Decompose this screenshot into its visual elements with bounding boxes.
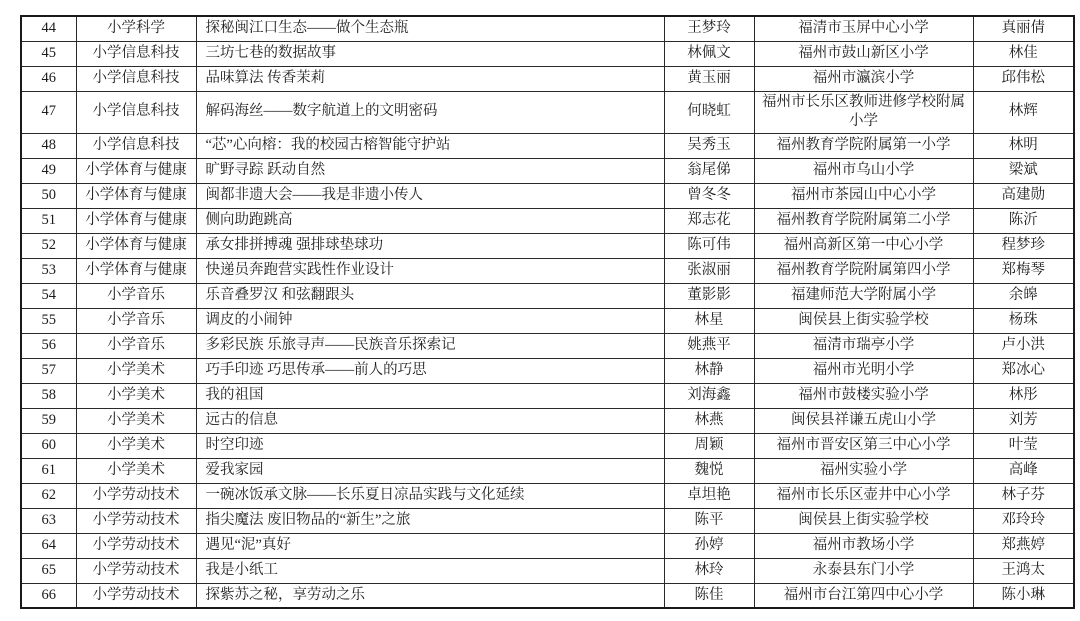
row-number-cell: 63: [21, 508, 76, 533]
title-cell: 品味算法 传香茉莉: [196, 66, 664, 91]
table-row: 61 小学美术 爱我家园 魏悦 福州实验小学 高峰: [21, 458, 1074, 483]
category-cell: 小学劳动技术: [76, 583, 196, 608]
mentor-cell: 林明: [973, 133, 1074, 158]
author-cell: 孙婷: [664, 533, 754, 558]
category-cell: 小学劳动技术: [76, 508, 196, 533]
table-row: 47 小学信息科技 解码海丝——数字航道上的文明密码 何晓虹 福州市长乐区教师进…: [21, 91, 1074, 133]
row-number-cell: 53: [21, 258, 76, 283]
author-cell: 翁尾俤: [664, 158, 754, 183]
author-cell: 魏悦: [664, 458, 754, 483]
mentor-cell: 程梦珍: [973, 233, 1074, 258]
row-number-cell: 56: [21, 333, 76, 358]
table-row: 64 小学劳动技术 遇见“泥”真好 孙婷 福州市教场小学 郑燕婷: [21, 533, 1074, 558]
row-number-cell: 46: [21, 66, 76, 91]
title-cell: 巧手印迹 巧思传承——前人的巧思: [196, 358, 664, 383]
mentor-cell: 林子芬: [973, 483, 1074, 508]
table-row: 51 小学体育与健康 侧向助跑跳高 郑志花 福州教育学院附属第二小学 陈沂: [21, 208, 1074, 233]
mentor-cell: 高峰: [973, 458, 1074, 483]
table-row: 54 小学音乐 乐音叠罗汉 和弦翻跟头 董影影 福建师范大学附属小学 余皞: [21, 283, 1074, 308]
mentor-cell: 真丽倩: [973, 16, 1074, 41]
author-cell: 林佩文: [664, 41, 754, 66]
table-row: 60 小学美术 时空印迹 周颖 福州市晋安区第三中心小学 叶莹: [21, 433, 1074, 458]
title-cell: 我的祖国: [196, 383, 664, 408]
row-number-cell: 55: [21, 308, 76, 333]
school-cell: 福建师范大学附属小学: [754, 283, 973, 308]
category-cell: 小学体育与健康: [76, 258, 196, 283]
row-number-cell: 48: [21, 133, 76, 158]
school-cell: 福州教育学院附属第四小学: [754, 258, 973, 283]
school-cell: 福州市乌山小学: [754, 158, 973, 183]
title-cell: 探秘闽江口生态——做个生态瓶: [196, 16, 664, 41]
table-row: 59 小学美术 远古的信息 林燕 闽侯县祥谦五虎山小学 刘芳: [21, 408, 1074, 433]
row-number-cell: 61: [21, 458, 76, 483]
title-cell: 乐音叠罗汉 和弦翻跟头: [196, 283, 664, 308]
title-cell: 爱我家园: [196, 458, 664, 483]
table-row: 49 小学体育与健康 旷野寻踪 跃动自然 翁尾俤 福州市乌山小学 梁斌: [21, 158, 1074, 183]
category-cell: 小学音乐: [76, 283, 196, 308]
mentor-cell: 郑梅琴: [973, 258, 1074, 283]
table-row: 66 小学劳动技术 探紫苏之秘，享劳动之乐 陈佳 福州市台江第四中心小学 陈小琳: [21, 583, 1074, 608]
category-cell: 小学信息科技: [76, 133, 196, 158]
table-body: 44 小学科学 探秘闽江口生态——做个生态瓶 王梦玲 福清市玉屏中心小学 真丽倩…: [21, 16, 1074, 608]
row-number-cell: 47: [21, 91, 76, 133]
school-cell: 福州教育学院附属第二小学: [754, 208, 973, 233]
mentor-cell: 林彤: [973, 383, 1074, 408]
results-table: 44 小学科学 探秘闽江口生态——做个生态瓶 王梦玲 福清市玉屏中心小学 真丽倩…: [20, 15, 1075, 609]
category-cell: 小学音乐: [76, 308, 196, 333]
school-cell: 福州市光明小学: [754, 358, 973, 383]
table-row: 52 小学体育与健康 承女排拼搏魂 强排球垫球功 陈可伟 福州高新区第一中心小学…: [21, 233, 1074, 258]
mentor-cell: 郑燕婷: [973, 533, 1074, 558]
category-cell: 小学体育与健康: [76, 233, 196, 258]
title-cell: 承女排拼搏魂 强排球垫球功: [196, 233, 664, 258]
author-cell: 陈平: [664, 508, 754, 533]
row-number-cell: 52: [21, 233, 76, 258]
title-cell: 三坊七巷的数据故事: [196, 41, 664, 66]
mentor-cell: 刘芳: [973, 408, 1074, 433]
school-cell: 福州教育学院附属第一小学: [754, 133, 973, 158]
author-cell: 陈佳: [664, 583, 754, 608]
author-cell: 张淑丽: [664, 258, 754, 283]
row-number-cell: 58: [21, 383, 76, 408]
author-cell: 周颖: [664, 433, 754, 458]
author-cell: 郑志花: [664, 208, 754, 233]
document-page: 44 小学科学 探秘闽江口生态——做个生态瓶 王梦玲 福清市玉屏中心小学 真丽倩…: [0, 0, 1080, 621]
table-row: 55 小学音乐 调皮的小闹钟 林星 闽侯县上街实验学校 杨珠: [21, 308, 1074, 333]
table-row: 65 小学劳动技术 我是小纸工 林玲 永泰县东门小学 王鸿太: [21, 558, 1074, 583]
school-cell: 福州市教场小学: [754, 533, 973, 558]
title-cell: 远古的信息: [196, 408, 664, 433]
category-cell: 小学体育与健康: [76, 158, 196, 183]
row-number-cell: 49: [21, 158, 76, 183]
table-row: 50 小学体育与健康 闽都非遗大会——我是非遗小传人 曾冬冬 福州市茶园山中心小…: [21, 183, 1074, 208]
author-cell: 刘海鑫: [664, 383, 754, 408]
row-number-cell: 65: [21, 558, 76, 583]
table-row: 57 小学美术 巧手印迹 巧思传承——前人的巧思 林静 福州市光明小学 郑冰心: [21, 358, 1074, 383]
author-cell: 姚燕平: [664, 333, 754, 358]
title-cell: 旷野寻踪 跃动自然: [196, 158, 664, 183]
school-cell: 福州市长乐区壶井中心小学: [754, 483, 973, 508]
row-number-cell: 64: [21, 533, 76, 558]
table-row: 63 小学劳动技术 指尖魔法 废旧物品的“新生”之旅 陈平 闽侯县上街实验学校 …: [21, 508, 1074, 533]
row-number-cell: 62: [21, 483, 76, 508]
school-cell: 闽侯县上街实验学校: [754, 508, 973, 533]
mentor-cell: 邱伟松: [973, 66, 1074, 91]
row-number-cell: 44: [21, 16, 76, 41]
mentor-cell: 陈沂: [973, 208, 1074, 233]
mentor-cell: 王鸿太: [973, 558, 1074, 583]
mentor-cell: 郑冰心: [973, 358, 1074, 383]
row-number-cell: 57: [21, 358, 76, 383]
author-cell: 董影影: [664, 283, 754, 308]
row-number-cell: 50: [21, 183, 76, 208]
category-cell: 小学美术: [76, 458, 196, 483]
table-row: 62 小学劳动技术 一碗冰饭承文脉——长乐夏日凉品实践与文化延续 卓坦艳 福州市…: [21, 483, 1074, 508]
table-row: 46 小学信息科技 品味算法 传香茉莉 黄玉丽 福州市瀛滨小学 邱伟松: [21, 66, 1074, 91]
category-cell: 小学科学: [76, 16, 196, 41]
table-row: 58 小学美术 我的祖国 刘海鑫 福州市鼓楼实验小学 林彤: [21, 383, 1074, 408]
table-row: 48 小学信息科技 “芯”心向榕：我的校园古榕智能守护站 吴秀玉 福州教育学院附…: [21, 133, 1074, 158]
category-cell: 小学体育与健康: [76, 183, 196, 208]
author-cell: 吴秀玉: [664, 133, 754, 158]
category-cell: 小学信息科技: [76, 66, 196, 91]
title-cell: 一碗冰饭承文脉——长乐夏日凉品实践与文化延续: [196, 483, 664, 508]
mentor-cell: 高建勋: [973, 183, 1074, 208]
category-cell: 小学劳动技术: [76, 558, 196, 583]
category-cell: 小学美术: [76, 433, 196, 458]
school-cell: 福州实验小学: [754, 458, 973, 483]
school-cell: 闽侯县上街实验学校: [754, 308, 973, 333]
title-cell: 解码海丝——数字航道上的文明密码: [196, 91, 664, 133]
title-cell: 探紫苏之秘，享劳动之乐: [196, 583, 664, 608]
title-cell: 我是小纸工: [196, 558, 664, 583]
mentor-cell: 林佳: [973, 41, 1074, 66]
title-cell: 指尖魔法 废旧物品的“新生”之旅: [196, 508, 664, 533]
author-cell: 林静: [664, 358, 754, 383]
title-cell: 多彩民族 乐旅寻声——民族音乐探索记: [196, 333, 664, 358]
title-cell: “芯”心向榕：我的校园古榕智能守护站: [196, 133, 664, 158]
category-cell: 小学劳动技术: [76, 533, 196, 558]
author-cell: 黄玉丽: [664, 66, 754, 91]
mentor-cell: 杨珠: [973, 308, 1074, 333]
title-cell: 时空印迹: [196, 433, 664, 458]
author-cell: 林玲: [664, 558, 754, 583]
category-cell: 小学劳动技术: [76, 483, 196, 508]
category-cell: 小学美术: [76, 408, 196, 433]
school-cell: 福州市长乐区教师进修学校附属小学: [754, 91, 973, 133]
table-row: 45 小学信息科技 三坊七巷的数据故事 林佩文 福州市鼓山新区小学 林佳: [21, 41, 1074, 66]
author-cell: 何晓虹: [664, 91, 754, 133]
row-number-cell: 66: [21, 583, 76, 608]
category-cell: 小学美术: [76, 383, 196, 408]
author-cell: 曾冬冬: [664, 183, 754, 208]
school-cell: 福州市鼓山新区小学: [754, 41, 973, 66]
author-cell: 卓坦艳: [664, 483, 754, 508]
author-cell: 王梦玲: [664, 16, 754, 41]
table-row: 53 小学体育与健康 快递员奔跑营实践性作业设计 张淑丽 福州教育学院附属第四小…: [21, 258, 1074, 283]
mentor-cell: 梁斌: [973, 158, 1074, 183]
row-number-cell: 59: [21, 408, 76, 433]
school-cell: 福州市台江第四中心小学: [754, 583, 973, 608]
school-cell: 福州高新区第一中心小学: [754, 233, 973, 258]
table-row: 56 小学音乐 多彩民族 乐旅寻声——民族音乐探索记 姚燕平 福清市瑞亭小学 卢…: [21, 333, 1074, 358]
mentor-cell: 陈小琳: [973, 583, 1074, 608]
school-cell: 福州市瀛滨小学: [754, 66, 973, 91]
author-cell: 陈可伟: [664, 233, 754, 258]
title-cell: 侧向助跑跳高: [196, 208, 664, 233]
school-cell: 福州市晋安区第三中心小学: [754, 433, 973, 458]
category-cell: 小学信息科技: [76, 91, 196, 133]
category-cell: 小学美术: [76, 358, 196, 383]
school-cell: 永泰县东门小学: [754, 558, 973, 583]
title-cell: 遇见“泥”真好: [196, 533, 664, 558]
mentor-cell: 林辉: [973, 91, 1074, 133]
school-cell: 福清市玉屏中心小学: [754, 16, 973, 41]
author-cell: 林燕: [664, 408, 754, 433]
row-number-cell: 60: [21, 433, 76, 458]
category-cell: 小学音乐: [76, 333, 196, 358]
title-cell: 调皮的小闹钟: [196, 308, 664, 333]
row-number-cell: 45: [21, 41, 76, 66]
author-cell: 林星: [664, 308, 754, 333]
table-row: 44 小学科学 探秘闽江口生态——做个生态瓶 王梦玲 福清市玉屏中心小学 真丽倩: [21, 16, 1074, 41]
row-number-cell: 51: [21, 208, 76, 233]
title-cell: 闽都非遗大会——我是非遗小传人: [196, 183, 664, 208]
school-cell: 福州市茶园山中心小学: [754, 183, 973, 208]
school-cell: 福州市鼓楼实验小学: [754, 383, 973, 408]
category-cell: 小学信息科技: [76, 41, 196, 66]
mentor-cell: 叶莹: [973, 433, 1074, 458]
school-cell: 闽侯县祥谦五虎山小学: [754, 408, 973, 433]
mentor-cell: 余皞: [973, 283, 1074, 308]
title-cell: 快递员奔跑营实践性作业设计: [196, 258, 664, 283]
category-cell: 小学体育与健康: [76, 208, 196, 233]
school-cell: 福清市瑞亭小学: [754, 333, 973, 358]
mentor-cell: 邓玲玲: [973, 508, 1074, 533]
mentor-cell: 卢小洪: [973, 333, 1074, 358]
row-number-cell: 54: [21, 283, 76, 308]
